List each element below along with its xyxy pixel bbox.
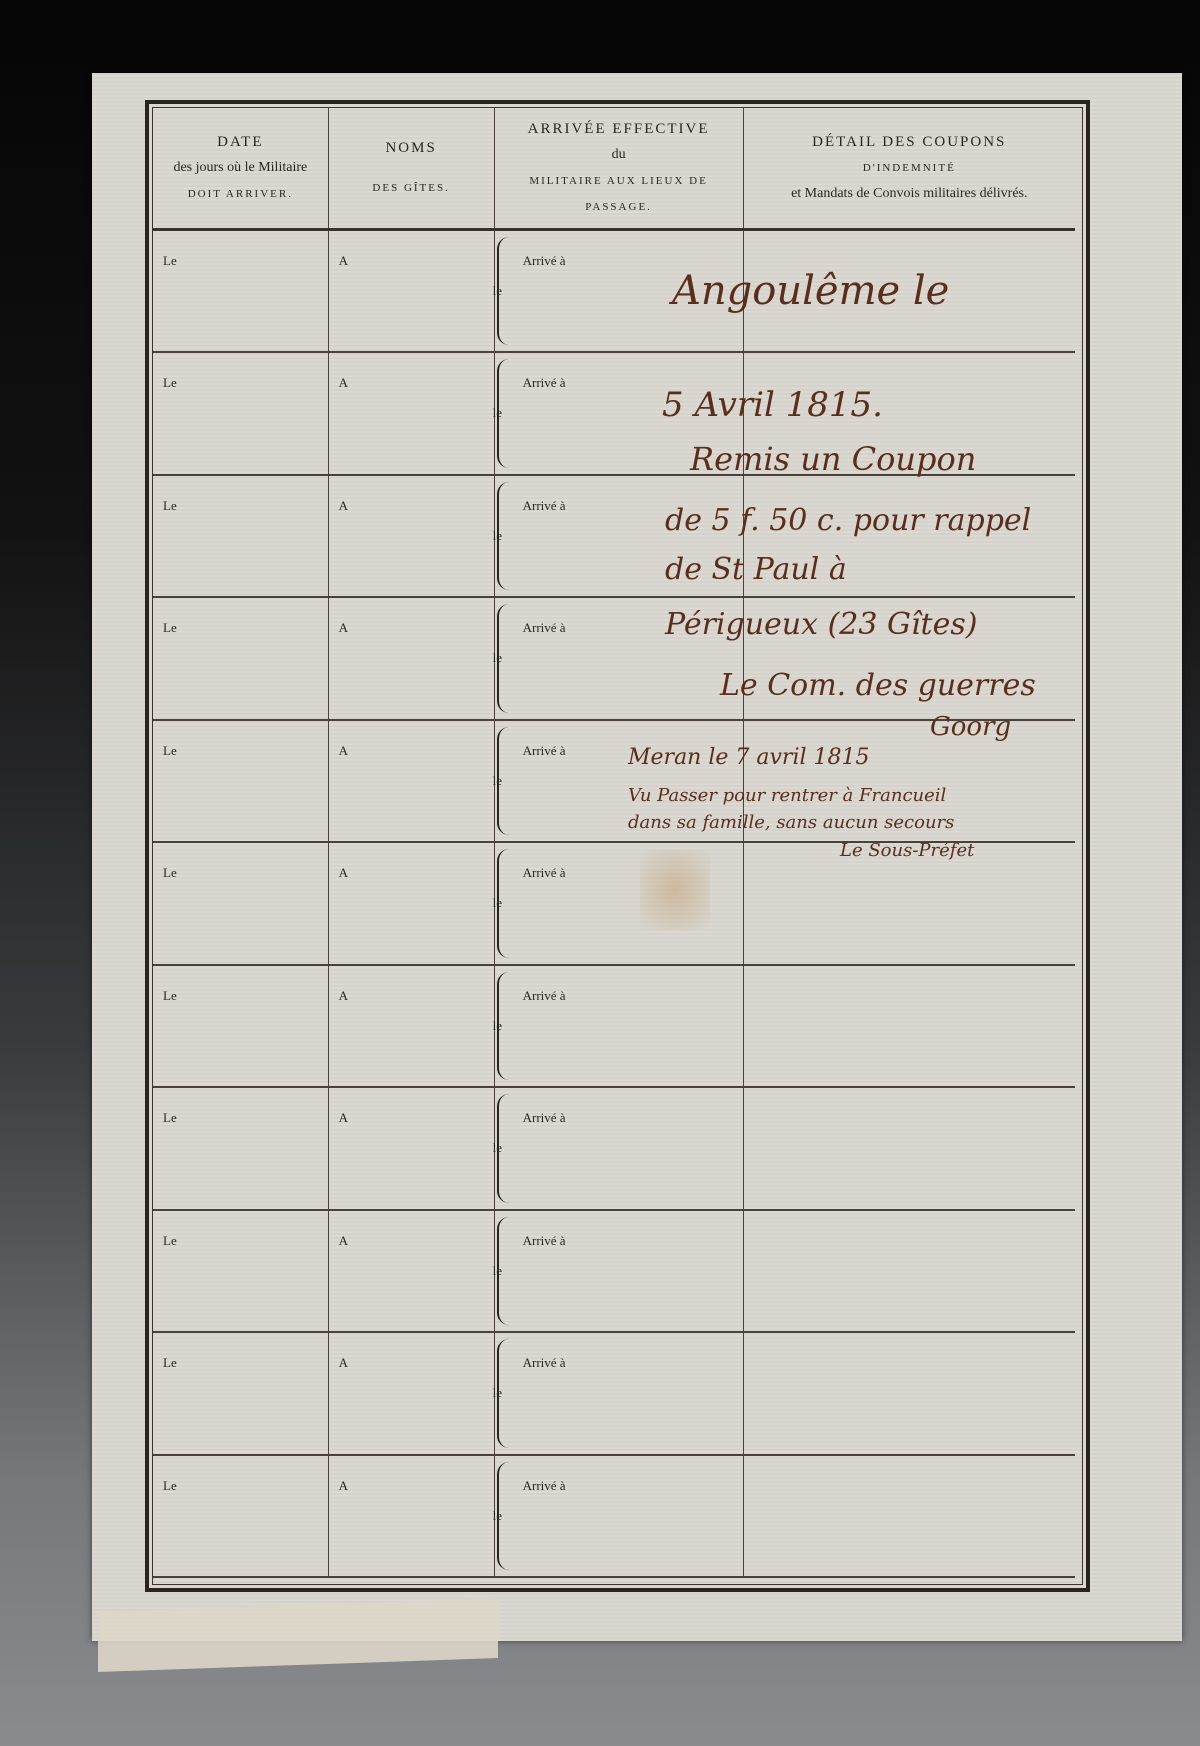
gite-label: A [339,988,348,1003]
date-label: Le [163,1233,177,1248]
date-label: Le [163,988,177,1003]
cell-date: Le [153,1087,328,1210]
cell-arrivee: Arrivé àle [494,1332,743,1455]
table-row: LeAArrivé àle [153,965,1075,1088]
handwritten-line: Remis un Coupon [690,440,976,478]
header-arrivee: ARRIVÉE EFFECTIVE du MILITAIRE AUX LIEUX… [494,108,743,230]
date-label: Le [163,1478,177,1493]
cell-coupons [743,1210,1075,1333]
header-arrivee-caps: MILITAIRE AUX LIEUX DE PASSAGE. [499,168,739,220]
cell-arrivee: Arrivé àle [494,1210,743,1333]
arrive-label: Arrivé à [523,988,566,1003]
brace-icon [497,1462,509,1571]
handwritten-line: de 5 f. 50 c. pour rappel [665,503,1031,538]
header-coupons-title: DÉTAIL DES COUPONS [748,129,1071,155]
date-label: Le [163,1355,177,1370]
cell-date: Le [153,1455,328,1578]
table-row: LeAArrivé àle [153,1332,1075,1455]
gite-label: A [339,375,348,390]
cell-date: Le [153,720,328,843]
header-date-caps: DOIT ARRIVER. [157,181,324,207]
cell-arrivee: Arrivé àle [494,965,743,1088]
cell-coupons [743,1332,1075,1455]
arrive-label: Arrivé à [523,1233,566,1248]
header-coupons-caps: D'INDEMNITÉ [748,155,1071,181]
cell-date: Le [153,842,328,965]
header-date-title: DATE [157,129,324,155]
cell-date: Le [153,475,328,598]
water-stain [640,850,710,930]
cell-gite: A [328,720,494,843]
handwritten-line: Le Com. des guerres [720,668,1036,703]
gite-label: A [339,498,348,513]
gite-label: A [339,743,348,758]
header-coupons-sub: et Mandats de Convois militaires délivré… [748,181,1071,207]
gite-label: A [339,1110,348,1125]
date-label: Le [163,1110,177,1125]
cell-date: Le [153,597,328,720]
handwritten-line: Vu Passer pour rentrer à Francueil [628,785,946,806]
arrive-label: Arrivé à [523,1478,566,1493]
cell-gite: A [328,230,494,353]
le-label: le [493,1140,733,1156]
le-label: le [493,650,733,666]
arrive-label: Arrivé à [523,253,566,268]
brace-icon [497,1094,509,1203]
cell-gite: A [328,352,494,475]
handwritten-line: dans sa famille, sans aucun secours [628,812,954,833]
cell-date: Le [153,1332,328,1455]
cell-gite: A [328,1455,494,1578]
brace-icon [497,482,509,591]
cell-date: Le [153,230,328,353]
le-label: le [493,1263,733,1279]
cell-gite: A [328,1332,494,1455]
cell-gite: A [328,475,494,598]
header-noms-caps: DES GÎTES. [333,175,490,201]
cell-coupons [743,965,1075,1088]
cell-gite: A [328,597,494,720]
folded-corner [98,1598,498,1672]
brace-icon [497,727,509,836]
le-label: le [493,1508,733,1524]
table-row: LeAArrivé àle [153,1087,1075,1210]
handwritten-line: de St Paul à [665,552,847,587]
header-noms-title: NOMS [333,135,490,161]
arrive-label: Arrivé à [523,375,566,390]
gite-label: A [339,1355,348,1370]
header-arrivee-sub: du [499,142,739,168]
cell-coupons [743,1087,1075,1210]
handwritten-line: Angoulême le [672,268,949,314]
date-label: Le [163,253,177,268]
date-label: Le [163,498,177,513]
handwritten-line: Le Sous-Préfet [840,840,974,861]
cell-date: Le [153,965,328,1088]
le-label: le [493,1385,733,1401]
table-row: LeAArrivé àle [153,1210,1075,1333]
arrive-label: Arrivé à [523,1110,566,1125]
handwritten-line: Meran le 7 avril 1815 [628,745,870,770]
arrive-label: Arrivé à [523,743,566,758]
header-arrivee-title: ARRIVÉE EFFECTIVE [499,116,739,142]
table-row: LeAArrivé àle [153,1455,1075,1578]
brace-icon [497,359,509,468]
brace-icon [497,1217,509,1326]
arrive-label: Arrivé à [523,1355,566,1370]
cell-arrivee: Arrivé àle [494,1455,743,1578]
gite-label: A [339,1478,348,1493]
date-label: Le [163,375,177,390]
gite-label: A [339,1233,348,1248]
handwritten-line: Périgueux (23 Gîtes) [665,607,977,642]
cell-gite: A [328,965,494,1088]
arrive-label: Arrivé à [523,620,566,635]
cell-gite: A [328,1087,494,1210]
cell-date: Le [153,1210,328,1333]
brace-icon [497,1339,509,1448]
brace-icon [497,972,509,1081]
cell-gite: A [328,1210,494,1333]
arrive-label: Arrivé à [523,498,566,513]
date-label: Le [163,865,177,880]
gite-label: A [339,865,348,880]
header-noms: NOMS DES GÎTES. [328,108,494,230]
cell-coupons [743,1455,1075,1578]
brace-icon [497,604,509,713]
handwritten-line: 5 Avril 1815. [662,385,883,425]
gite-label: A [339,253,348,268]
cell-arrivee: Arrivé àle [494,1087,743,1210]
date-label: Le [163,743,177,758]
date-label: Le [163,620,177,635]
header-row: DATE des jours où le Militaire DOIT ARRI… [153,108,1075,230]
cell-gite: A [328,842,494,965]
gite-label: A [339,620,348,635]
handwritten-line: Goorg [930,712,1011,742]
le-label: le [493,1018,733,1034]
cell-date: Le [153,352,328,475]
brace-icon [497,237,509,345]
arrive-label: Arrivé à [523,865,566,880]
header-coupons: DÉTAIL DES COUPONS D'INDEMNITÉ et Mandat… [743,108,1075,230]
brace-icon [497,849,509,958]
header-date: DATE des jours où le Militaire DOIT ARRI… [153,108,328,230]
header-date-sub: des jours où le Militaire [157,155,324,181]
